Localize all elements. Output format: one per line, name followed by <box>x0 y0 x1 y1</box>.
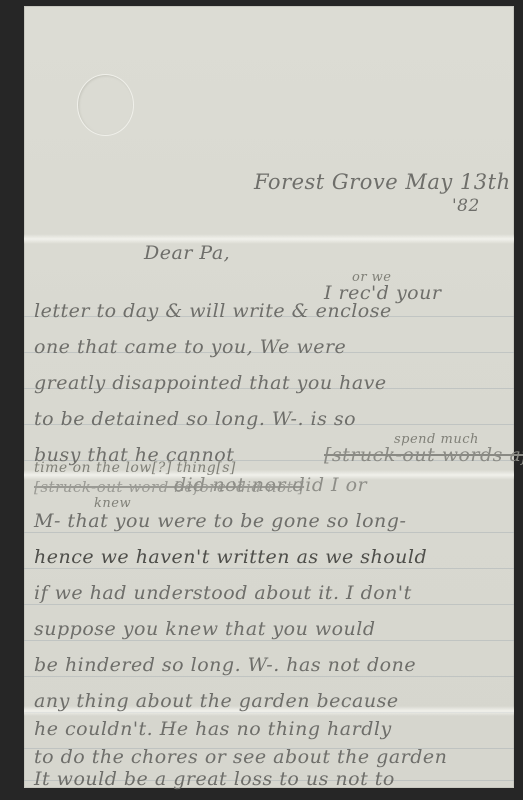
letter-line: suppose you knew that you would <box>34 618 376 640</box>
letter-line: to be detained so long. W-. is so <box>34 408 356 430</box>
struck-out-text: [struck-out words after 'cannot'] <box>324 444 523 466</box>
letter-line: letter to day & will write & enclose <box>34 300 392 322</box>
ruled-line <box>24 532 514 533</box>
letter-line: any thing about the garden because <box>34 690 399 712</box>
insertion-knew: knew <box>94 496 131 511</box>
ruled-line <box>24 676 514 677</box>
letter-line: It would be a great loss to us not to <box>34 768 395 790</box>
letter-line: he couldn't. He has no thing hardly <box>34 718 392 740</box>
letter-line: to do the chores or see about the garden <box>34 746 447 768</box>
letter-line: be hindered so long. W-. has not done <box>34 654 416 676</box>
letter-line: one that came to you, We were <box>34 336 346 358</box>
year: '82 <box>452 196 480 216</box>
ruled-line <box>24 640 514 641</box>
letter-page: Forest Grove May 13th '82 Dear Pa, or we… <box>24 6 514 788</box>
paper-fold <box>24 234 514 244</box>
letter-line: did not nor did I or <box>174 474 367 496</box>
letter-line: greatly disappointed that you have <box>34 372 387 394</box>
place-date: Forest Grove May 13th <box>254 170 511 194</box>
salutation: Dear Pa, <box>144 242 230 264</box>
letter-line: M- that you were to be gone so long- <box>34 510 406 532</box>
ruled-line <box>24 604 514 605</box>
letter-line: if we had understood about it. I don't <box>34 582 412 604</box>
embossed-seal-icon <box>77 74 134 136</box>
letter-line: hence we haven't written as we should <box>34 546 427 568</box>
ruled-line <box>24 568 514 569</box>
